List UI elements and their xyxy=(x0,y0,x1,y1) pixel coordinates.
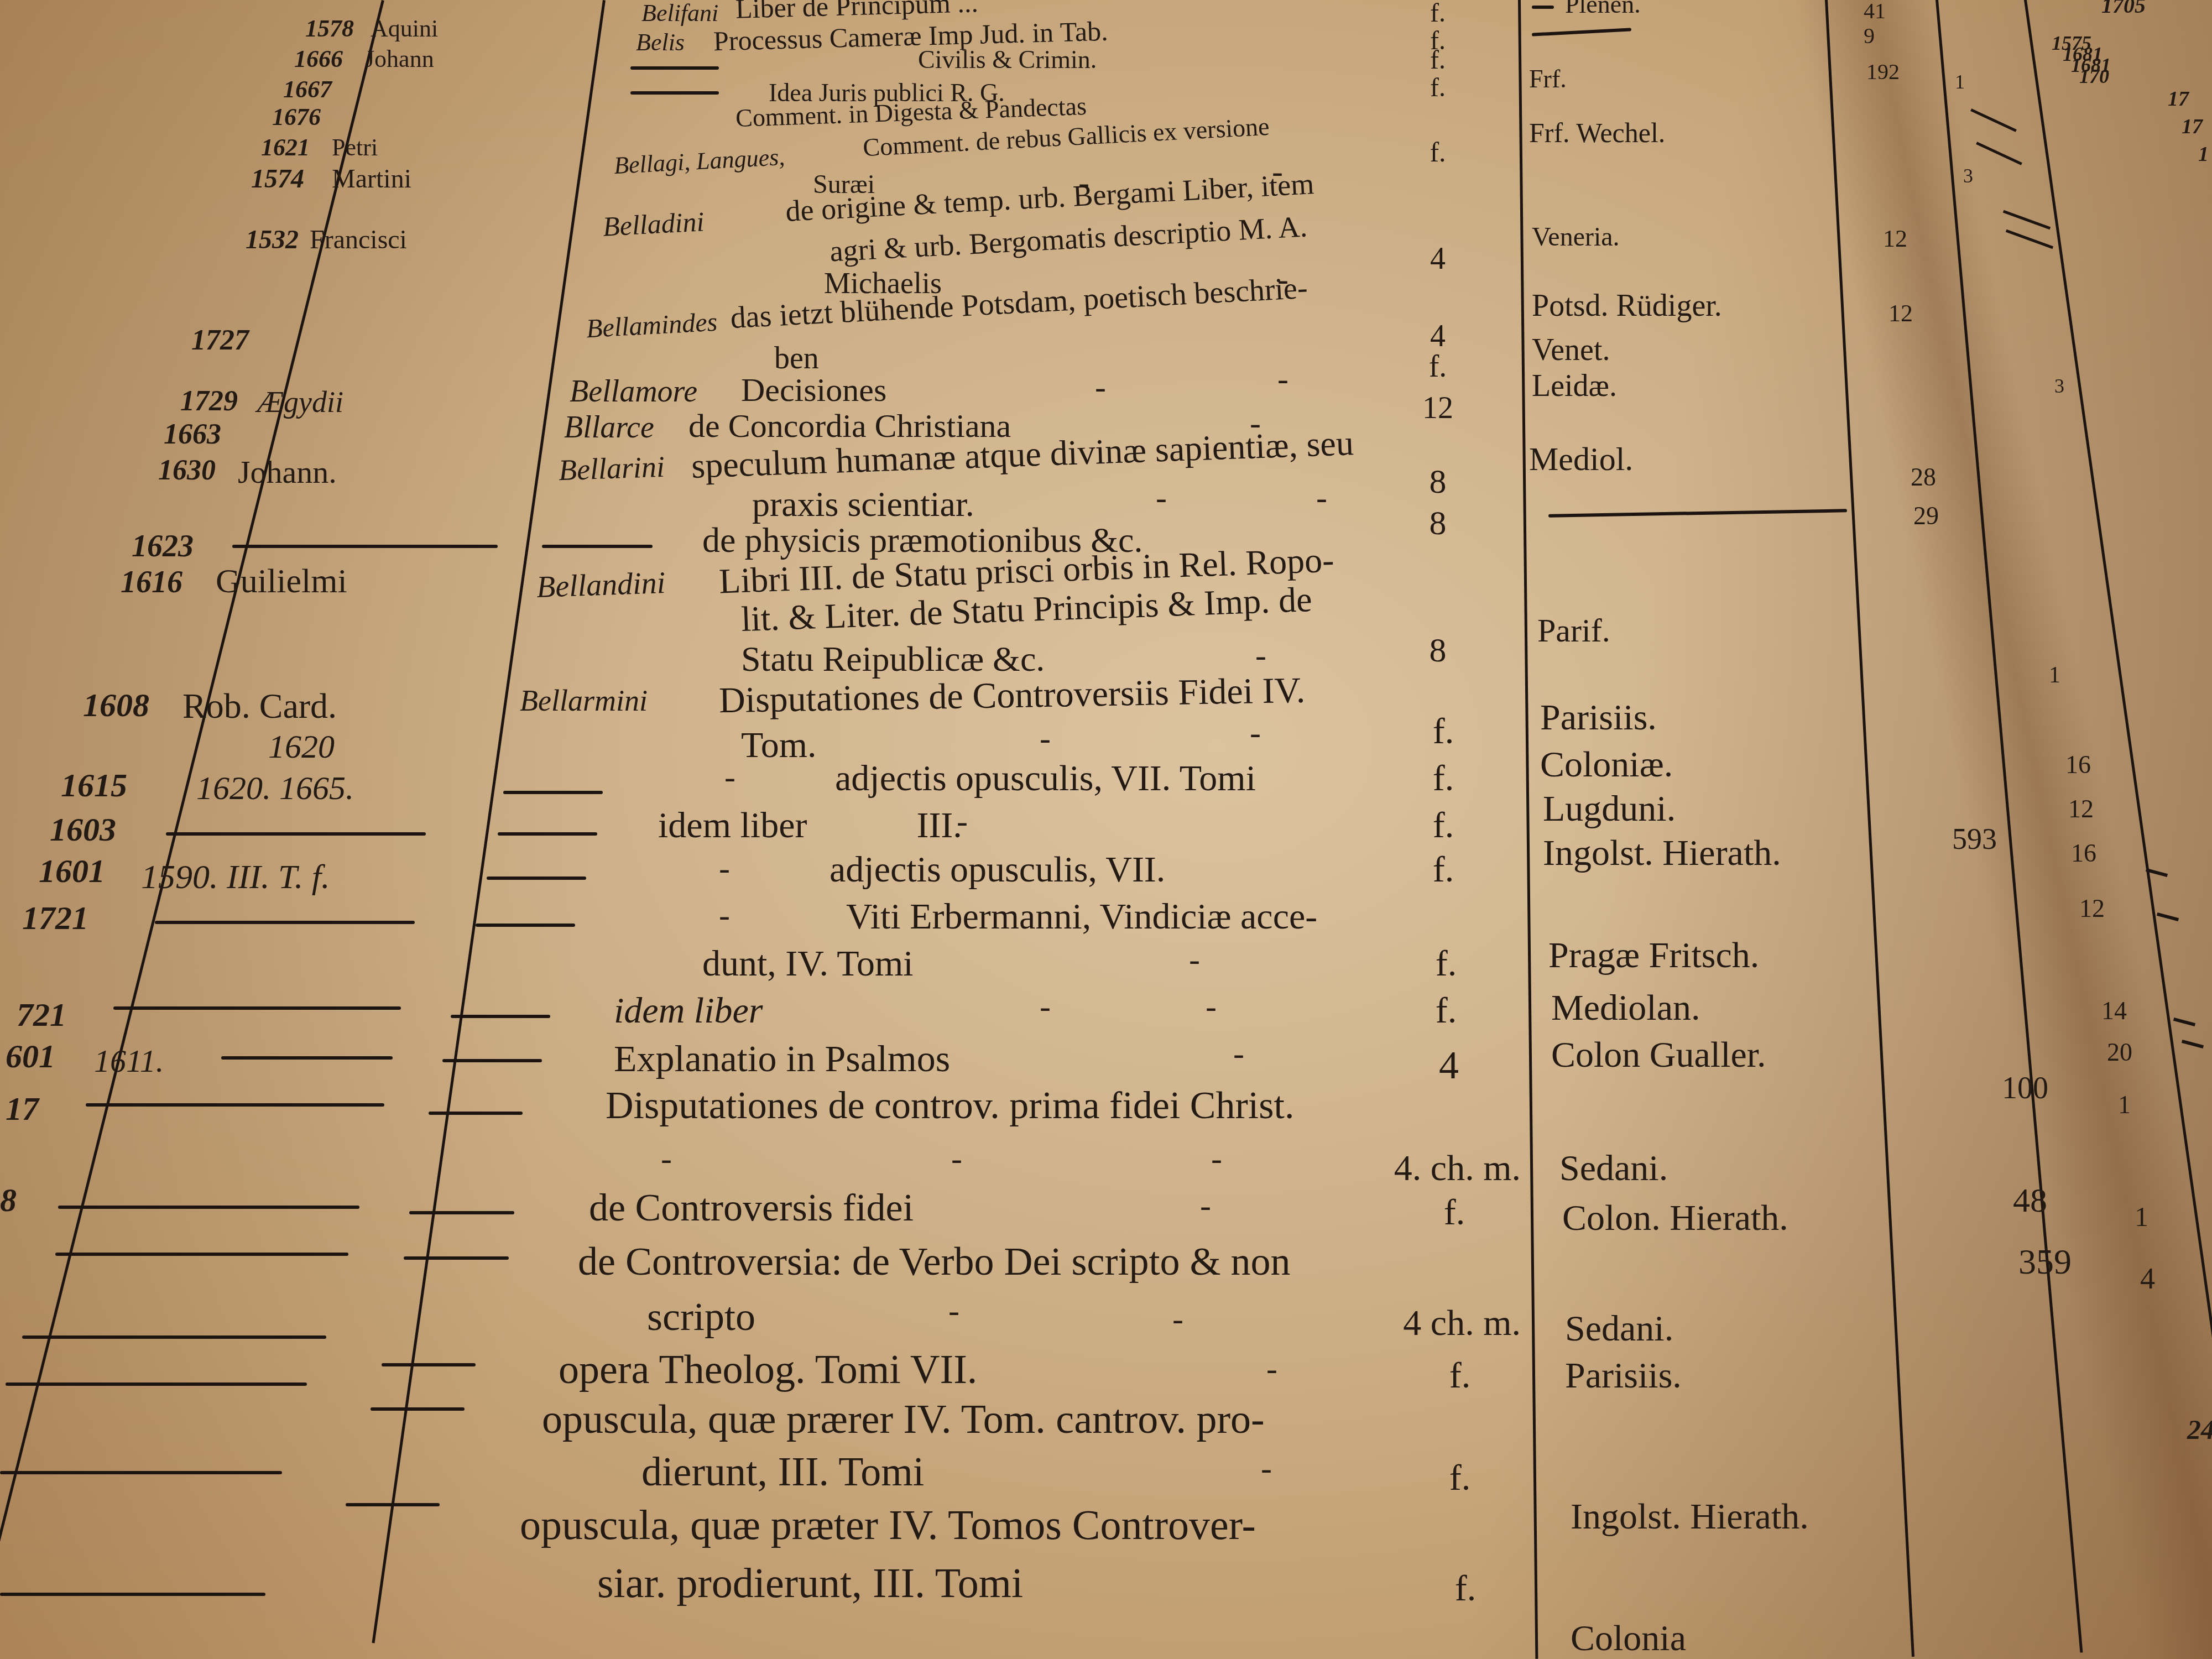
ditto-rule xyxy=(404,1256,509,1260)
place-cell: Parisiis. xyxy=(1540,700,1657,736)
entry-title: Civilis & Crimin. xyxy=(918,47,1097,72)
ditto-rule xyxy=(429,1112,523,1115)
count-cell: 593 xyxy=(1952,824,1997,854)
entry-author: Bellamindes xyxy=(586,309,718,342)
facing-page-year: 170 xyxy=(2079,66,2190,86)
leader-dot: - xyxy=(1172,1302,1183,1335)
ditto-rule xyxy=(630,91,719,95)
entry-format: f. xyxy=(1405,760,1482,797)
entry-title: de Controversia: de Verbo Dei scripto & … xyxy=(578,1241,1290,1281)
entry-format: f. xyxy=(1407,993,1485,1029)
entry-format: f. xyxy=(1421,1358,1499,1394)
place-cell: Sedani. xyxy=(1559,1150,1668,1187)
leader-dot: - xyxy=(1206,990,1217,1023)
tally-mark xyxy=(1976,142,2022,165)
entry-format: f. xyxy=(1399,351,1477,382)
leader-dot: - xyxy=(948,1294,959,1327)
place-cell: Coloniæ. xyxy=(1540,747,1673,783)
count-cell: 12 xyxy=(1888,301,1913,326)
entry-format: 8 xyxy=(1399,506,1477,540)
entry-format: f. xyxy=(1399,0,1477,27)
entry-title: opera Theolog. Tomi VII. xyxy=(559,1349,977,1390)
count-cell: 48 xyxy=(2013,1183,2047,1218)
entry-format: f. xyxy=(1405,852,1482,888)
forename-cell: 1590. III. T. f. xyxy=(141,860,330,894)
ditto-rule xyxy=(86,1103,384,1107)
count-cell: 4 xyxy=(2140,1264,2155,1293)
count-cell: 14 xyxy=(2101,998,2127,1024)
year-cell: 17 xyxy=(0,1092,39,1125)
ditto-rule xyxy=(1532,28,1631,36)
ditto-rule xyxy=(6,1383,307,1386)
year-cell: 1601 xyxy=(0,854,105,888)
year-cell: 1721 xyxy=(0,901,88,935)
forename-cell: Martini xyxy=(332,166,411,192)
entry-title: das ietzt blühende Potsdam, poetisch bes… xyxy=(729,273,1308,334)
entry-author: Bellarini xyxy=(558,452,665,486)
year-cell: 1666 xyxy=(177,47,343,71)
facing-page-year: 24 xyxy=(2187,1416,2212,1443)
ditto-rule xyxy=(166,832,426,836)
year-cell: 1630 xyxy=(50,456,216,485)
ditto-rule xyxy=(498,832,597,836)
entry-title: Tom. xyxy=(741,727,817,764)
place-cell: Colon Gualler. xyxy=(1551,1037,1766,1073)
entry-title: ben xyxy=(774,343,819,374)
year-cell: 1727 xyxy=(83,326,249,355)
place-cell: Parisiis. xyxy=(1565,1358,1682,1394)
count-cell: 1 xyxy=(2049,664,2060,687)
count-cell: 29 xyxy=(1913,503,1939,529)
ditto-rule xyxy=(630,66,719,70)
count-cell: 16 xyxy=(2065,752,2091,778)
forename-cell: Francisci xyxy=(310,227,407,253)
entry-format: f. xyxy=(1405,713,1482,750)
ditto-rule xyxy=(1532,6,1554,9)
ditto-rule xyxy=(346,1503,440,1506)
forename-cell: Petri xyxy=(332,135,378,160)
entry-format: f. xyxy=(1421,1460,1499,1496)
leader-dot: - xyxy=(661,1142,672,1175)
ditto-rule xyxy=(22,1335,326,1339)
entry-title: Disputationes de Controversiis Fidei IV. xyxy=(719,672,1306,719)
year-cell: 1621 xyxy=(144,135,310,160)
entry-author: Belifani xyxy=(641,1,718,25)
year-cell: 721 xyxy=(0,998,66,1031)
ditto-rule xyxy=(0,1471,282,1474)
ditto-rule xyxy=(476,924,575,927)
entry-title: dunt, IV. Tomi xyxy=(702,946,914,982)
forename-cell: 1611. xyxy=(94,1045,164,1077)
leader-dot: - xyxy=(1156,481,1167,514)
year-cell: 601 xyxy=(0,1040,55,1073)
entry-author: Belladini xyxy=(602,207,705,241)
count-cell: 12 xyxy=(2068,796,2094,822)
ditto-rule xyxy=(487,877,586,880)
year-cell: 1574 xyxy=(138,166,304,192)
entry-title: Statu Reipublicæ &c. xyxy=(741,641,1045,677)
ditto-rule xyxy=(221,1056,393,1060)
entry-title: idem liber xyxy=(614,993,763,1029)
place-cell: Ingolst. Hierath. xyxy=(1543,835,1781,872)
tally-mark xyxy=(2157,912,2179,921)
count-cell: 359 xyxy=(2018,1244,2072,1280)
count-cell: 1 xyxy=(2135,1203,2148,1230)
year-cell: 1532 xyxy=(133,227,299,253)
entry-title: opuscula, quæ præter IV. Tomos Controver… xyxy=(520,1504,1256,1546)
year-cell: 1676 xyxy=(155,105,321,129)
ditto-rule xyxy=(503,791,603,794)
entry-format: f. xyxy=(1416,1194,1493,1231)
tally-mark xyxy=(1970,108,2017,132)
year-cell: 1663 xyxy=(55,420,221,449)
count-cell: 100 xyxy=(2002,1073,2048,1104)
place-cell: Mediolan. xyxy=(1551,990,1700,1026)
ditto-rule xyxy=(55,1253,348,1256)
count-cell: 20 xyxy=(2107,1040,2132,1065)
leader-dot: - xyxy=(1040,722,1051,755)
entry-format: f. xyxy=(1427,1571,1504,1607)
year-cell: 1616 xyxy=(17,567,182,598)
facing-page-year: 1 xyxy=(2198,144,2212,165)
entry-title: Explanatio in Psalmos xyxy=(614,1040,950,1077)
leader-dot: - xyxy=(1277,362,1288,395)
entry-author: Bllarce xyxy=(564,412,654,443)
entry-title: adjectis opusculis, VII. Tomi xyxy=(835,760,1256,797)
entry-author: Bellandini xyxy=(536,567,666,603)
entry-title: Disputationes de controv. prima fidei Ch… xyxy=(606,1087,1295,1125)
count-cell: 12 xyxy=(2079,896,2105,921)
ditto-rule xyxy=(0,1593,265,1596)
ditto-rule xyxy=(1548,509,1847,517)
ditto-rule xyxy=(451,1015,550,1018)
place-cell: Frf. Wechel. xyxy=(1529,119,1665,147)
leader-dot: - xyxy=(1261,1452,1272,1485)
count-cell: 1 xyxy=(1955,72,1965,92)
ditto-rule xyxy=(371,1407,465,1411)
entry-title: Decisiones xyxy=(741,373,886,406)
leader-dot: - xyxy=(724,760,735,794)
ditto-rule xyxy=(113,1006,401,1010)
ditto-rule xyxy=(442,1059,542,1062)
entry-title: adjectis opusculis, VII. xyxy=(830,852,1165,888)
entry-title: de Controversis fidei xyxy=(589,1189,914,1228)
place-cell: Plenen. xyxy=(1565,0,1641,17)
place-cell: Venet. xyxy=(1532,335,1610,366)
leader-dot: - xyxy=(719,852,730,885)
entry-format: 12 xyxy=(1399,393,1477,424)
count-cell: 28 xyxy=(1911,465,1936,490)
entry-title: praxis scientiar. xyxy=(752,487,974,522)
leader-dot: - xyxy=(1316,481,1327,514)
place-cell: Parif. xyxy=(1537,614,1610,647)
year-cell: 1578 xyxy=(188,17,354,41)
place-cell: Leidæ. xyxy=(1532,371,1617,401)
forename-cell: 1620. 1665. xyxy=(196,771,354,805)
place-cell: Potsd. Rüdiger. xyxy=(1532,290,1722,321)
place-cell: Ingolst. Hierath. xyxy=(1571,1499,1809,1535)
year-cell: 8 xyxy=(0,1183,17,1217)
year-cell: 1608 xyxy=(0,688,149,722)
place-cell: Pragæ Fritsch. xyxy=(1548,937,1759,974)
entry-title: siar. prodierunt, III. Tomi xyxy=(597,1562,1023,1604)
leader-dot: - xyxy=(951,1142,962,1175)
entry-format: 4 xyxy=(1410,1045,1488,1085)
entry-format: f. xyxy=(1407,946,1485,982)
leader-dot: - xyxy=(1233,1037,1244,1070)
ditto-rule xyxy=(232,545,498,548)
entry-format: 8 xyxy=(1399,633,1477,667)
forename-cell: 1620 xyxy=(268,730,335,763)
entry-title: dierunt, III. Tomi xyxy=(641,1452,924,1493)
count-cell: 1 xyxy=(2118,1092,2131,1118)
entry-format: 4 ch. m. xyxy=(1338,1305,1521,1342)
forename-cell: Aquini xyxy=(371,17,438,41)
leader-dot: - xyxy=(1189,943,1200,976)
leader-dot: - xyxy=(1095,371,1106,404)
tally-mark xyxy=(2006,229,2053,249)
book-gutter-shadow xyxy=(1792,0,2212,1659)
leader-dot: - xyxy=(719,899,730,932)
forename-cell: Guilielmi xyxy=(216,564,347,598)
facing-page-year: 17 xyxy=(2168,88,2212,109)
entry-title: opuscula, quæ prærer IV. Tom. cantrov. p… xyxy=(542,1399,1265,1440)
count-cell: 3 xyxy=(1963,166,1973,186)
entry-format: f. xyxy=(1405,807,1482,844)
tally-mark xyxy=(2182,1040,2204,1048)
facing-page-year: 1705 xyxy=(1980,0,2146,17)
count-cell: 41 xyxy=(1864,0,1886,22)
ditto-rule xyxy=(58,1206,359,1209)
entry-author: Belis xyxy=(636,30,685,55)
entry-format: f. xyxy=(1399,75,1477,101)
count-cell: 16 xyxy=(2071,841,2096,866)
forename-cell: Johann. xyxy=(238,456,337,488)
tally-mark xyxy=(2173,1018,2195,1026)
entry-author: Bellagi, Langues, xyxy=(613,145,785,178)
leader-dot: - xyxy=(1250,716,1261,749)
year-cell: 1729 xyxy=(72,387,238,416)
entry-format: 4. ch. m. xyxy=(1338,1150,1521,1187)
tally-mark xyxy=(2003,210,2051,229)
entry-author: Bellamore xyxy=(570,376,697,407)
place-cell: Veneria. xyxy=(1532,224,1620,251)
place-cell: Mediol. xyxy=(1529,442,1633,476)
leader-dot: - xyxy=(957,805,968,838)
entry-title: scripto xyxy=(647,1297,755,1337)
leader-dot: - xyxy=(1255,639,1266,672)
count-cell: 12 xyxy=(1883,227,1907,251)
facing-page-year: 17 xyxy=(2182,116,2212,137)
forename-cell: Johann xyxy=(365,47,434,71)
entry-format: f. xyxy=(1399,138,1477,166)
ditto-rule xyxy=(409,1211,514,1214)
place-cell: Frf. xyxy=(1529,66,1567,92)
count-cell: 3 xyxy=(2054,376,2064,396)
entry-title: idem liber III. xyxy=(658,807,962,844)
forename-cell: Ægydii xyxy=(257,387,343,417)
entry-format: 4 xyxy=(1399,243,1477,274)
leader-dot: - xyxy=(1200,1189,1211,1222)
entry-title: Viti Erbermanni, Vindiciæ acce- xyxy=(846,899,1317,935)
forename-cell: Rob. Card. xyxy=(182,688,337,724)
count-cell: 192 xyxy=(1866,61,1900,83)
place-cell: Colonia xyxy=(1571,1620,1686,1657)
place-cell: Sedani. xyxy=(1565,1311,1673,1347)
place-cell: Colon. Hierath. xyxy=(1562,1200,1788,1237)
leader-dot: - xyxy=(1266,1352,1277,1385)
ditto-rule xyxy=(155,921,415,924)
catalog-page: 1578 Aquini 1666 Johann 1667 1676 1621 P… xyxy=(0,0,2212,1659)
ditto-rule xyxy=(382,1363,476,1366)
entry-format: 4 xyxy=(1399,321,1477,352)
year-cell: 1603 xyxy=(0,813,116,846)
year-cell: 1623 xyxy=(28,531,194,562)
leader-dot: - xyxy=(1040,990,1051,1023)
entry-author: Bellarmini xyxy=(520,686,648,716)
entry-format: f. xyxy=(1399,47,1477,74)
leader-dot: - xyxy=(1211,1142,1222,1175)
entry-format: 8 xyxy=(1399,465,1477,499)
place-cell: Lugduni. xyxy=(1543,791,1676,827)
year-cell: 1667 xyxy=(166,77,332,102)
ditto-rule xyxy=(542,545,653,548)
year-cell: 1615 xyxy=(0,769,127,802)
count-cell: 9 xyxy=(1864,25,1875,47)
